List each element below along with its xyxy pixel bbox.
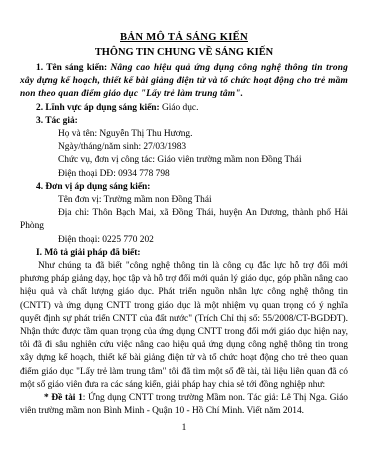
innovation-name-label: 1. Tên sáng kiến: (36, 63, 107, 73)
unit-name-line: Tên đơn vị: Trường mầm non Đồng Thái (20, 194, 348, 207)
field-of-application-label: 2. Lĩnh vực áp dụng sáng kiến: (36, 103, 160, 113)
document-title: BẢN MÔ TẢ SÁNG KIẾN (20, 30, 348, 45)
field-of-application-value: Giáo dục. (162, 103, 198, 113)
page-number: 1 (20, 422, 348, 435)
unit-address-line: Địa chỉ: Thôn Bạch Mai, xã Đồng Thái, hu… (20, 207, 348, 233)
topic-1-label: * Đề tài 1 (44, 393, 83, 403)
author-birthdate-line: Ngày/tháng/năm sinh: 27/03/1983 (20, 141, 348, 154)
topic-1-item: * Đề tài 1: Ứng dụng CNTT trong trường M… (20, 392, 348, 418)
author-position-line: Chức vụ, đơn vị công tác: Giáo viên trườ… (20, 154, 348, 167)
known-solution-paragraph: Như chúng ta đã biết "công nghệ thông ti… (20, 260, 348, 392)
field-of-application-item: 2. Lĩnh vực áp dụng sáng kiến: Giáo dục. (20, 102, 348, 115)
known-solution-heading: I. Mô tả giải pháp đã biết: (20, 247, 348, 260)
author-fullname-line: Họ và tên: Nguyễn Thị Thu Hương. (20, 128, 348, 141)
unit-phone-line: Điện thoại: 0225 770 202 (20, 234, 348, 247)
author-phone-line: Điện thoại DĐ: 0934 778 798 (20, 168, 348, 181)
document-page: BẢN MÔ TẢ SÁNG KIẾN THÔNG TIN CHUNG VỀ S… (0, 0, 366, 473)
innovation-name-item: 1. Tên sáng kiến: Nâng cao hiệu quả ứng … (20, 62, 348, 102)
applying-unit-section-label: 4. Đơn vị áp dụng sáng kiến: (20, 181, 348, 194)
author-section-label: 3. Tác giả: (20, 115, 348, 128)
document-subtitle: THÔNG TIN CHUNG VỀ SÁNG KIẾN (20, 45, 348, 60)
